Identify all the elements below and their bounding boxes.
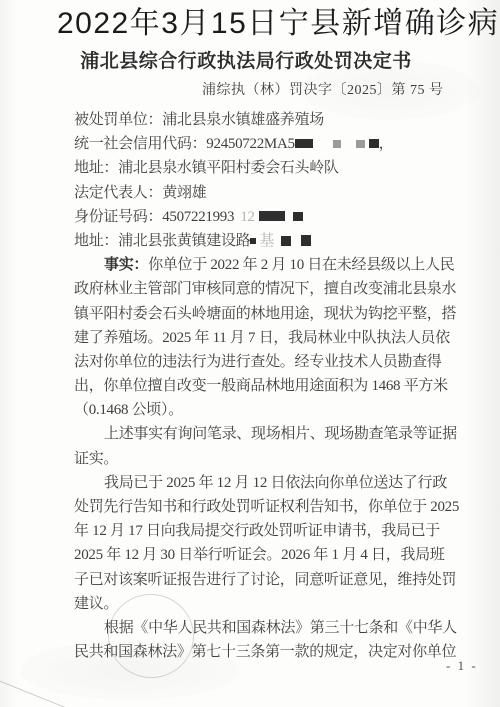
text-line: 法对你单位的违法行为进行查处。经专业技术人员勘查得 [74,350,474,374]
line-text: 证实。 [74,451,118,467]
text-line: 镇平阳村委会石头岭塘面的林地用途，现状为钩挖平整，搭 [74,302,474,326]
redaction-block [301,235,311,246]
scan-edge-shade-left [0,0,18,707]
text-line: 地址：浦北县泉水镇平阳村委会石头岭队 [74,156,474,180]
text-line: 建议。 [74,592,474,616]
redaction-block [259,211,285,221]
line-text: 法定代表人：黄翊雄 [74,185,206,201]
document-number: 浦综执（林）罚决字〔2025〕第 75 号 [202,82,444,100]
scanned-document-page: { "colors": { "headline_text": "#1b1b1b"… [0,0,500,707]
text-line: 事实：你单位于 2022 年 2 月 10 日在未经县级以上人民 [74,253,474,277]
line-text: 地址：浦北县泉水镇平阳村委会石头岭队 [74,160,339,176]
line-text: 2025 年 12 月 30 日举行听证会。2026 年 1 月 4 日，我局班 [74,547,445,563]
line-text: 镇平阳村委会石头岭塘面的林地用途，现状为钩挖平整，搭 [74,306,456,322]
text-line: 被处罚单位：浦北县泉水镇雄盛养殖场 [74,108,474,132]
line-text: 统一社会信用代码：92450722MA5 [74,136,295,152]
line-text: 处罚先行告知书和行政处罚听证权利告知书，你单位于 2025 [74,499,459,515]
text-line: 出，你单位擅自改变一般商品林地用途面积为 1468 平方米 [74,374,474,398]
text-line: 政府林业主管部门审核同意的情况下，擅自改变浦北县泉水 [74,277,474,301]
line-text: 地址：浦北县张黄镇建设路 [74,233,250,249]
line-text: 身份证号码：4507221993 [74,209,234,225]
line-text: 子已对该案听证报告进行了讨论，同意听证意见，维持处罚 [74,572,456,588]
redaction-block [369,139,379,148]
page-title: 2022年3月15日宁县新增确诊病例情况 [57,5,500,43]
redaction-block [293,212,303,221]
line-text: 年 12 月 17 日向我局提交行政处罚听证申请书，我局已于 [74,523,440,539]
text-line: 证实。 [74,447,474,471]
document-body: 被处罚单位：浦北县泉水镇雄盛养殖场统一社会信用代码：92450722MA5，地址… [74,108,474,664]
line-text: 法对你单位的违法行为进行查处。经专业技术人员勘查得 [74,354,442,370]
text-line: 年 12 月 17 日向我局提交行政处罚听证申请书，我局已于 [74,519,474,543]
text-line: 建了养殖场。2025 年 11 月 7 日，我局林业中队执法人员依 [74,326,474,350]
faint-text: 12 [240,209,254,225]
line-text: 民共和国森林法》第七十三条第一款的规定，决定对你单位 [74,644,456,660]
line-text: 根据《中华人民共和国森林法》第三十七条和《中华人 [104,620,457,636]
line-text: 出，你单位擅自改变一般商品林地用途面积为 1468 平方米 [74,378,448,394]
line-text: 政府林业主管部门审核同意的情况下，擅自改变浦北县泉水 [74,281,456,297]
text-line: 身份证号码：450722199312 [74,205,474,229]
text-line: 我局已于 2025 年 12 月 12 日依法向你单位送达了行政 [74,471,474,495]
line-text: 建议。 [74,596,118,612]
redaction-block [281,236,291,246]
page-number: - 1 - [446,658,478,674]
text-line: 统一社会信用代码：92450722MA5， [74,132,474,156]
redaction-block [295,139,313,148]
text-line: 法定代表人：黄翊雄 [74,181,474,205]
line-text: 上述事实有询问笔录、现场相片、现场勘查笔录等证据 [104,426,457,442]
line-text: 你单位于 2022 年 2 月 10 日在未经县级以上人民 [148,257,454,273]
line-trail: ， [379,136,394,152]
text-line: 子已对该案听证报告进行了讨论，同意听证意见，维持处罚 [74,568,474,592]
text-line: 地址：浦北县张黄镇建设路基 [74,229,474,253]
document-title: 浦北县综合行政执法局行政处罚决定书 [74,49,418,74]
line-bold-prefix: 事实： [104,257,148,273]
text-line: 2025 年 12 月 30 日举行听证会。2026 年 1 月 4 日，我局班 [74,543,474,567]
redaction-block [356,140,365,148]
text-line: 上述事实有询问笔录、现场相片、现场勘查笔录等证据 [74,422,474,446]
text-line: 根据《中华人民共和国森林法》第三十七条和《中华人 [74,616,474,640]
line-text: 被处罚单位：浦北县泉水镇雄盛养殖场 [74,112,324,128]
redaction-block [333,140,341,148]
faint-text: 基 [259,233,274,249]
text-line: （0.1468 公顷）。 [74,398,474,422]
line-text: 我局已于 2025 年 12 月 12 日依法向你单位送达了行政 [104,475,447,491]
redaction-block [250,238,256,244]
line-text: （0.1468 公顷）。 [74,402,183,418]
line-text: 建了养殖场。2025 年 11 月 7 日，我局林业中队执法人员依 [74,330,450,346]
text-line: 处罚先行告知书和行政处罚听证权利告知书，你单位于 2025 [74,495,474,519]
text-line: 民共和国森林法》第七十三条第一款的规定，决定对你单位 [74,640,474,664]
